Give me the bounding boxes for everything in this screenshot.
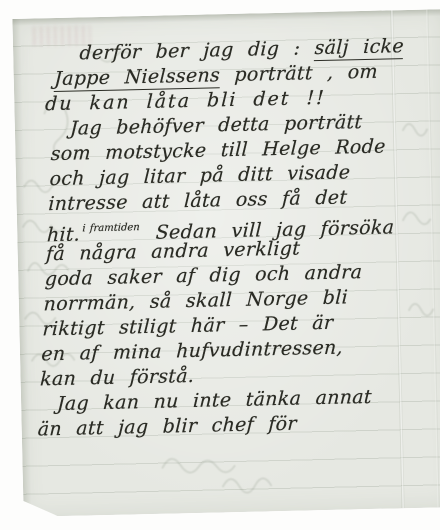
line-text: än att jag blir chef för [37, 413, 297, 441]
line-text: Jag kan nu inte tänka annat [56, 386, 372, 415]
line-text: porträtt , om [220, 61, 379, 87]
interline-insertion: i framtiden [82, 222, 140, 234]
line-text: en af mina hufvudintressen, [41, 337, 344, 366]
letter-paper: derför ber jag dig : sälj icke Jappe Nie… [12, 9, 440, 517]
line-text: derför ber jag dig : [79, 37, 315, 64]
line-text: få några andra verkligt [46, 237, 301, 265]
underlined-phrase: sälj icke [314, 35, 404, 61]
letter-body: derför ber jag dig : sälj icke Jappe Nie… [7, 9, 440, 443]
line-text: kan du förstå. [40, 365, 195, 391]
scanned-letter-photo: derför ber jag dig : sälj icke Jappe Nie… [0, 0, 440, 530]
